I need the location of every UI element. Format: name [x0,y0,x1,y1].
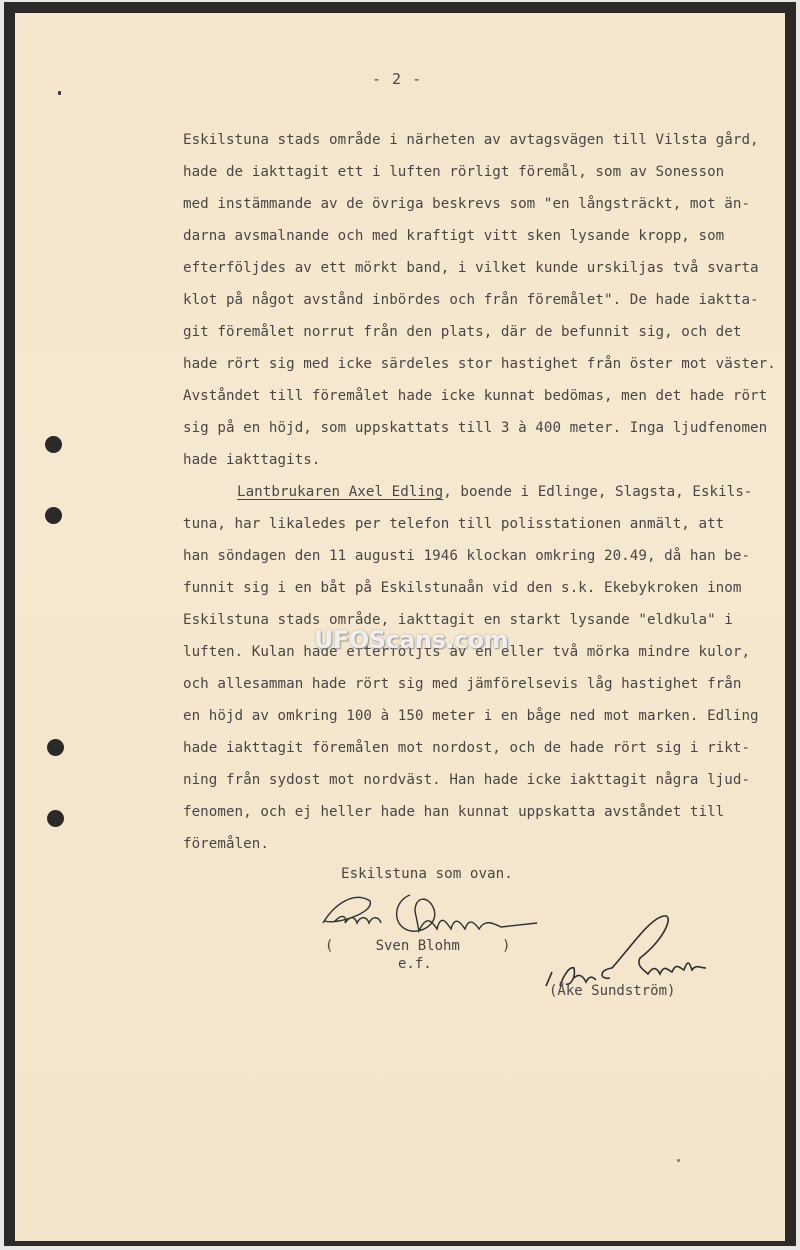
punch-hole [45,507,62,524]
text-line: hade de iakttagit ett i luften rörligt f… [183,163,724,181]
text-line: sig på en höjd, som uppskattats till 3 à… [183,419,767,437]
text-line: föremålen. [183,835,269,853]
punch-hole [47,810,64,827]
signatory1-name: ( Sven Blohm ) [325,938,510,954]
document-page: - 2 - Eskilstuna stads område i närheten… [15,13,785,1241]
text-line: han söndagen den 11 augusti 1946 klockan… [183,547,750,565]
punch-hole [45,436,62,453]
text-line: funnit sig i en båt på Eskilstunaån vid … [183,579,741,597]
text-line: en höjd av omkring 100 à 150 meter i en … [183,707,759,725]
text-line: darna avsmalnande och med kraftigt vitt … [183,227,724,245]
signatory2-name: (Åke Sundström) [549,983,675,999]
text-line: hade rört sig med icke särdeles stor has… [183,355,776,373]
text-line: Lantbrukaren Axel Edling, boende i Edlin… [237,483,753,501]
text-line: tuna, har likaledes per telefon till pol… [183,515,724,533]
text-line: fenomen, och ej heller hade han kunnat u… [183,803,724,821]
text-line: Eskilstuna stads område i närheten av av… [183,131,759,149]
text-line: git föremålet norrut från den plats, där… [183,323,741,341]
text-line: efterföljdes av ett mörkt band, i vilket… [183,259,759,277]
text-line: Avståndet till föremålet hade icke kunna… [183,387,767,405]
text-line: och allesamman hade rört sig med jämföre… [183,675,741,693]
closing-line: Eskilstuna som ovan. [341,865,513,883]
text-line: med instämmande av de övriga beskrevs so… [183,195,750,213]
text-line: hade iakttagits. [183,451,320,469]
watermark: UFOScans.com [314,626,508,654]
witness-name: Lantbrukaren Axel Edling [237,484,443,500]
text-line: hade iakttagit föremålen mot nordost, oc… [183,739,750,757]
signatory1-title: e.f. [398,956,432,972]
signature-sven-blohm [315,883,545,943]
text-line: klot på något avstånd inbördes och från … [183,291,759,309]
paper-speck [58,91,61,95]
scan-frame: - 2 - Eskilstuna stads område i närheten… [4,2,796,1246]
page-number: - 2 - [372,70,422,88]
punch-hole [47,739,64,756]
signature-ake-sundstrom [540,908,720,993]
text-line: ning från sydost mot nordväst. Han hade … [183,771,750,789]
paper-speck [677,1159,680,1162]
